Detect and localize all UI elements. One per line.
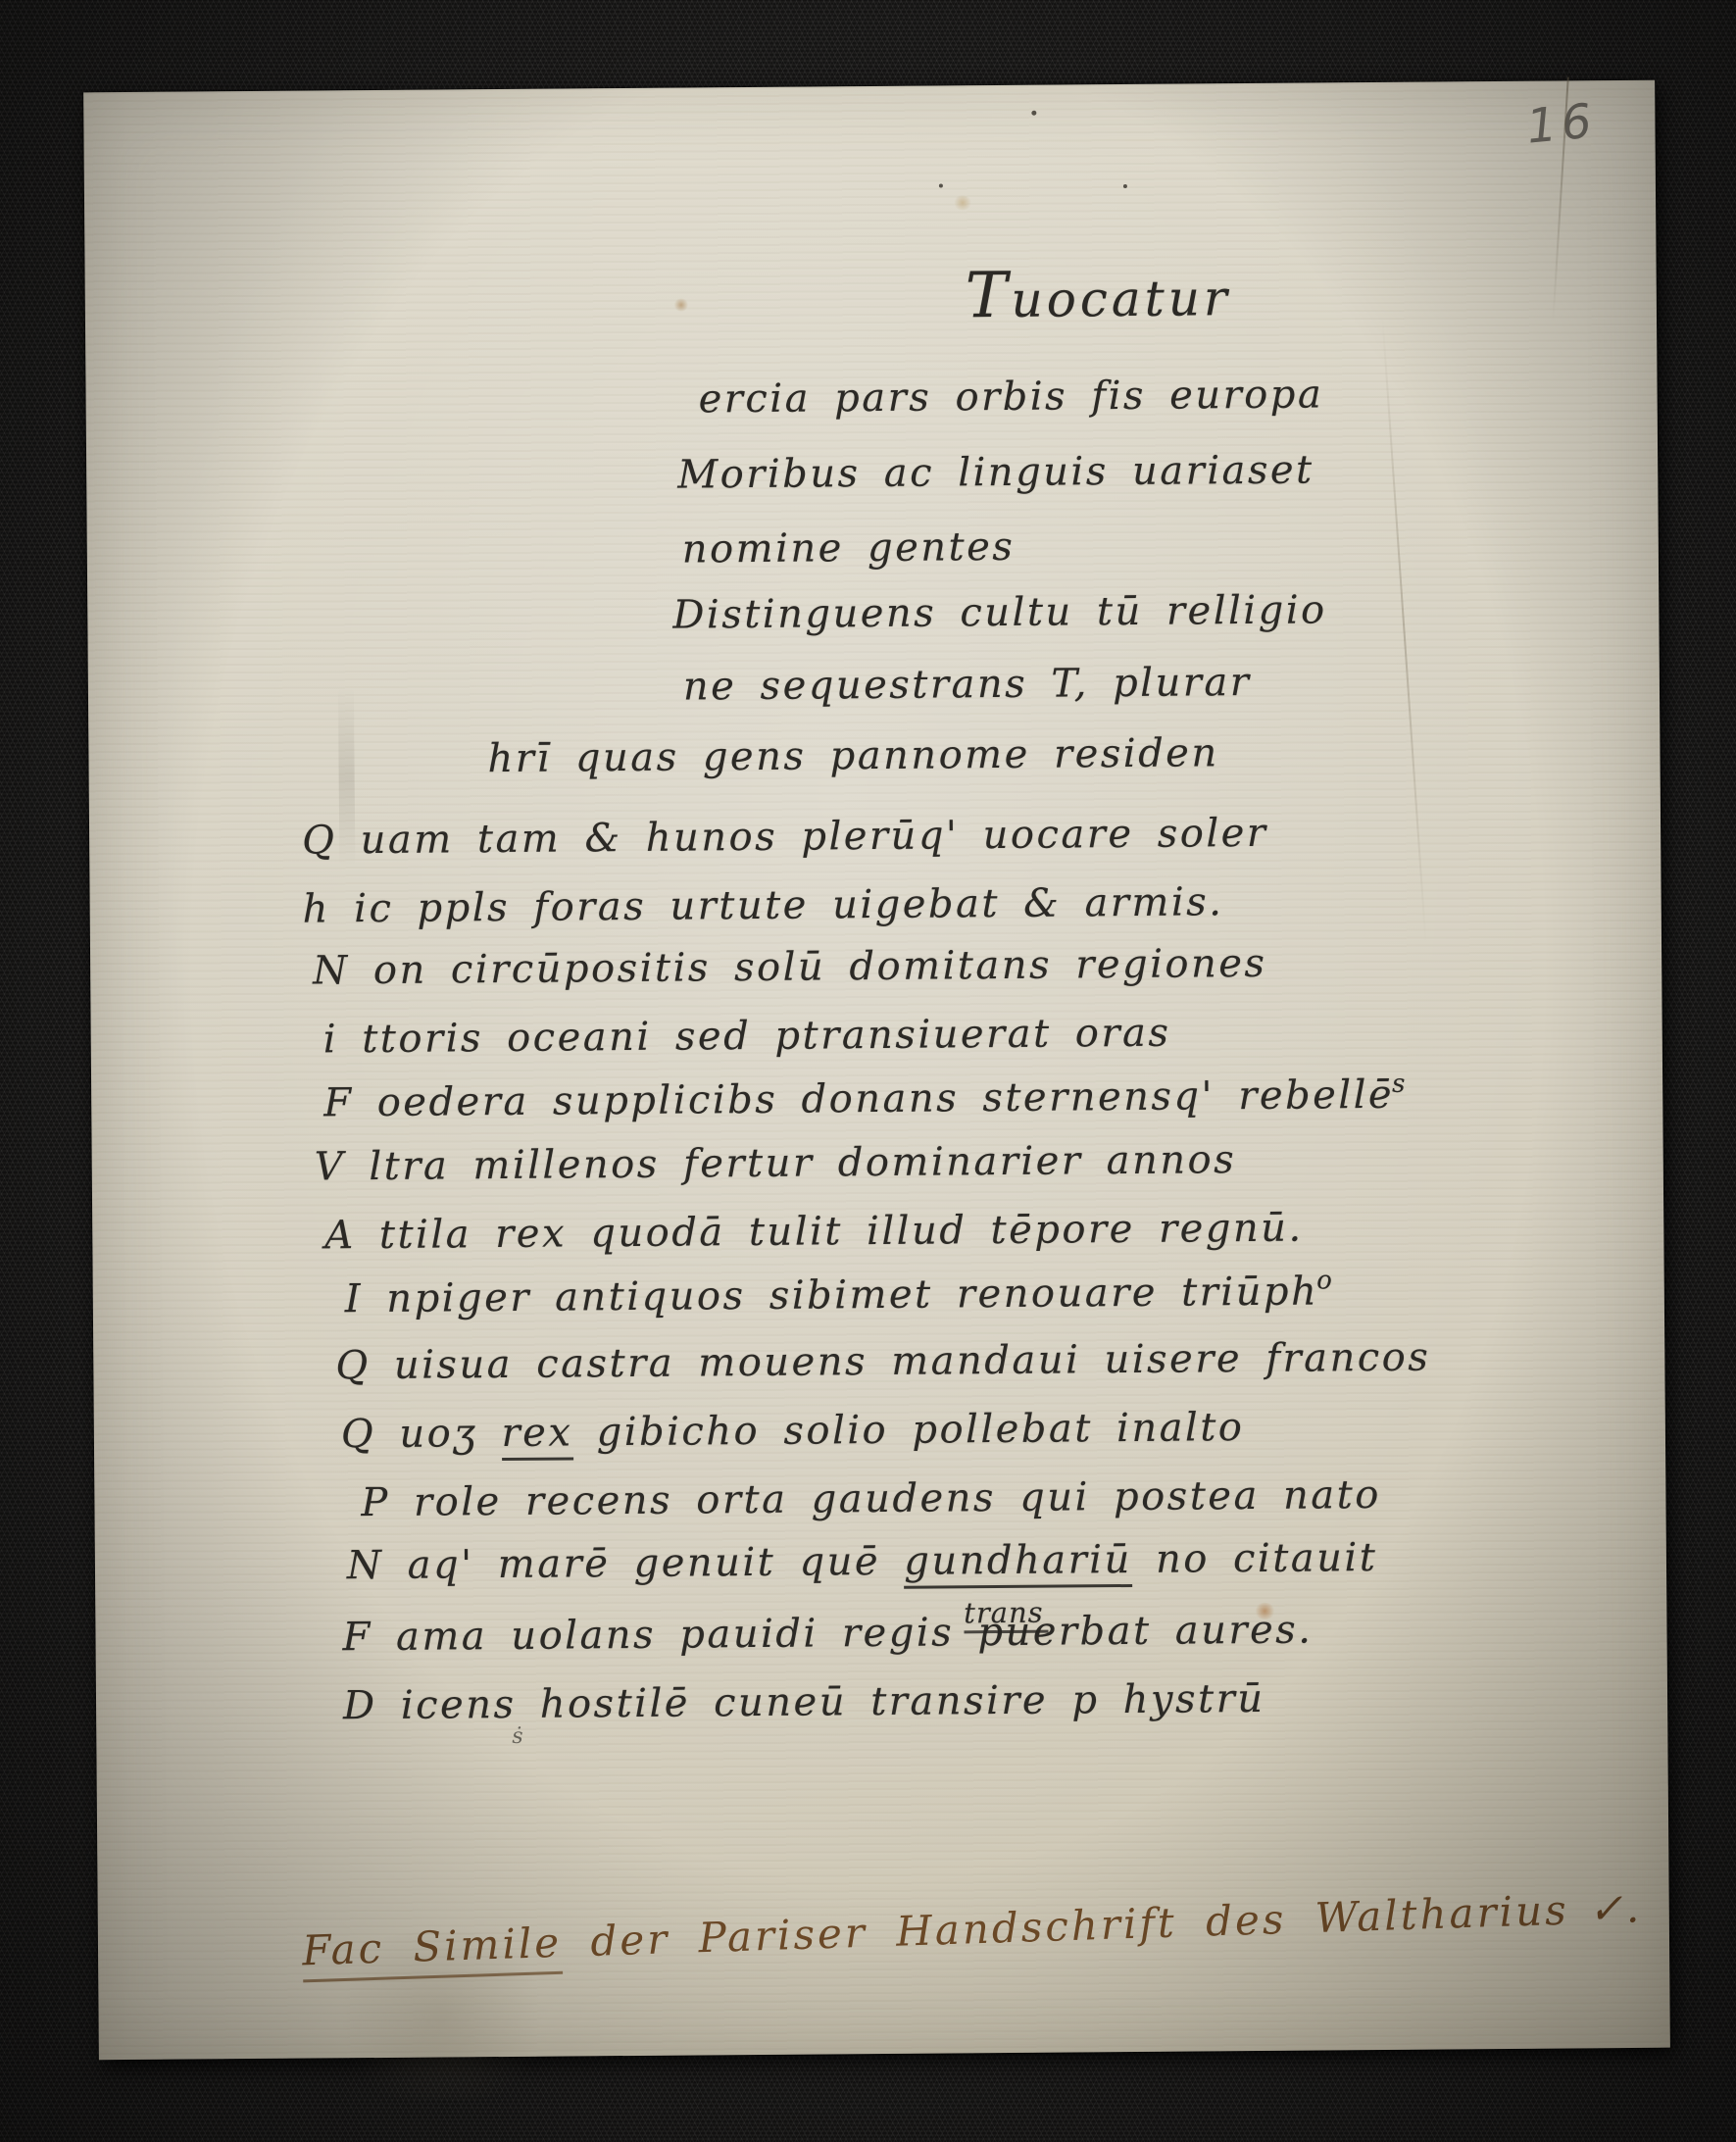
underlined-word: gundhariū (904, 1537, 1132, 1589)
caption: Fac Simile der Pariser Handschrift des W… (301, 1883, 1642, 1974)
manuscript-line: ercia pars orbis fis europa (698, 372, 1323, 422)
manuscript-line: N on circūpositis solū domitans regiones (313, 941, 1267, 994)
superscript-letter: o (1316, 1266, 1334, 1295)
manuscript-page: 16 Tuocatur ercia pars orbis fis europa … (83, 80, 1670, 2061)
caption-underlined: Fac Simile (301, 1918, 563, 1983)
manuscript-line: V ltra millenos fertur dominarier annos (315, 1137, 1237, 1189)
manuscript-line: N aq' marē genuit quē gundhariū no citau… (347, 1535, 1378, 1588)
manuscript-line: h ic ppls foras urtute uigebat & armis. (303, 879, 1224, 931)
manuscript-line: Q uoʒ rex gibicho solio pollebat inalto (341, 1405, 1245, 1457)
manuscript-line: Distinguens cultu tū relligio (672, 587, 1327, 637)
underlined-word: rex (501, 1410, 572, 1461)
manuscript-line: D icens hostilē cuneū transire p hystrū (343, 1676, 1265, 1728)
foxing-stain (953, 195, 972, 210)
manuscript-line: P role recens orta gaudens qui postea na… (361, 1472, 1381, 1525)
manuscript-line: F ama uolans pauidi regis transpuerbat a… (342, 1608, 1313, 1661)
folio-number: 16 (1524, 93, 1599, 154)
manuscript-line: Q uisua castra mouens mandaui uisere fra… (335, 1335, 1430, 1389)
foxing-stain (673, 298, 689, 311)
caption-rest: der Pariser Handschrift des Waltharius (561, 1886, 1569, 1967)
manuscript-line: nomine gentes (682, 524, 1016, 573)
manuscript-line: i ttoris oceani sed ptransiuerat oras (323, 1011, 1171, 1063)
fold-crease (1381, 318, 1426, 944)
manuscript-line: A ttila rex quodā tulit illud tēpore reg… (324, 1206, 1304, 1259)
ink-speck (1123, 184, 1127, 188)
manuscript-line: hrī quas gens pannome residen (487, 730, 1218, 781)
caption-check-mark: ✓. (1588, 1883, 1643, 1933)
ink-speck (939, 183, 943, 187)
superscript-letter: s (1392, 1070, 1408, 1099)
manuscript-line: Moribus ac linguis uariaset (677, 447, 1314, 497)
stray-pen-mark: ṡ (512, 1724, 522, 1749)
manuscript-line: ne sequestrans T, plurar (683, 660, 1252, 710)
manuscript-line: F oedera supplicibs donans sternensq' re… (323, 1072, 1410, 1126)
manuscript-line: I npiger antiquos sibimet renouare triūp… (345, 1269, 1337, 1321)
manuscript-line: Tuocatur (966, 258, 1232, 332)
manuscript-line: Q uam tam & hunos plerūq' uocare soler (302, 811, 1268, 864)
ink-speck (1031, 111, 1036, 116)
